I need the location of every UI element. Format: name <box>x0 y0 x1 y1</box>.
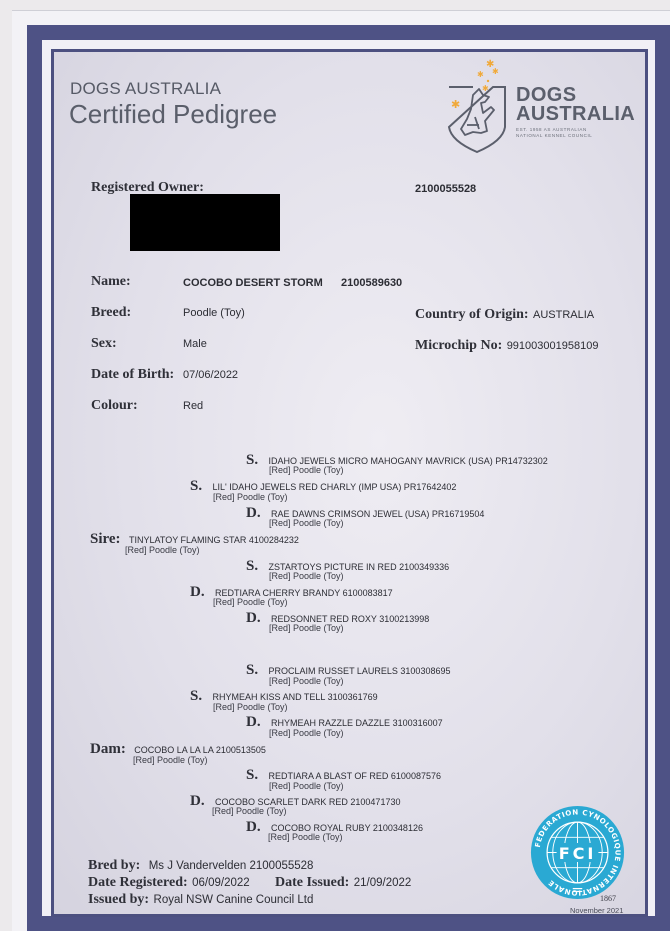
logo-tagline-line2: NATIONAL KENNEL COUNCIL <box>516 133 592 139</box>
shield-icon <box>449 87 505 152</box>
sire-description: [Red] Poodle (Toy) <box>125 545 200 555</box>
svg-text:✱: ✱ <box>477 70 484 79</box>
fci-date: November 2021 <box>570 906 623 915</box>
document-title: Certified Pedigree <box>69 99 277 130</box>
sire-mark: S. <box>246 767 258 783</box>
org-heading: DOGS AUSTRALIA <box>70 79 221 99</box>
ancestor-description: [Red] Poodle (Toy) <box>269 781 344 791</box>
issued-by: Issued by: Royal NSW Canine Council Ltd <box>88 890 313 908</box>
issued-by-label: Issued by: <box>88 892 149 907</box>
date-issued-value: 21/09/2022 <box>354 877 412 889</box>
sex-value: Male <box>183 338 207 350</box>
dog-name: COCOBO DESERT STORM <box>183 277 323 289</box>
sire-name: TINYLATOY FLAMING STAR 4100284232 <box>129 535 299 545</box>
ancestor-description: [Red] Poodle (Toy) <box>269 518 344 528</box>
sire-mark: S. <box>246 662 258 678</box>
dam-mark: D. <box>190 793 205 809</box>
ancestor-description: [Red] Poodle (Toy) <box>213 492 288 502</box>
name-label: Name: <box>91 274 131 290</box>
bred-by: Bred by: Ms J Vandervelden 2100055528 <box>88 856 313 874</box>
logo-wordmark-line2: AUSTRALIA <box>516 104 635 124</box>
sex-label: Sex: <box>91 336 117 352</box>
country-of-origin-value: AUSTRALIA <box>533 309 594 321</box>
dam-mark: D. <box>246 505 261 521</box>
dam-mark: D. <box>190 584 205 600</box>
ancestor-name: LIL' IDAHO JEWELS RED CHARLY (IMP USA) P… <box>213 482 457 492</box>
ancestor-description: [Red] Poodle (Toy) <box>269 676 344 686</box>
ancestor-name: RHYMEAH RAZZLE DAZZLE 3100316007 <box>271 718 443 728</box>
fci-number: 1867 <box>600 894 616 903</box>
dam-description: [Red] Poodle (Toy) <box>133 755 208 765</box>
dam-mark: D. <box>246 819 261 835</box>
ancestor-name: PROCLAIM RUSSET LAURELS 3100308695 <box>269 666 451 676</box>
owner-name-redaction <box>130 194 280 251</box>
ancestor-description: [Red] Poodle (Toy) <box>268 832 343 842</box>
sire-mark: S. <box>190 688 202 704</box>
dam-name: COCOBO LA LA LA 2100513505 <box>134 745 266 755</box>
sire-label: Sire: <box>90 531 121 547</box>
svg-text:FCI: FCI <box>559 844 596 863</box>
microchip-label: Microchip No: <box>415 338 502 353</box>
microchip: Microchip No: 991003001958109 <box>415 336 598 354</box>
dam-mark: D. <box>246 714 261 730</box>
svg-text:✱: ✱ <box>492 67 499 76</box>
logo-wordmark-line1: DOGS <box>516 85 577 105</box>
logo-tagline: EST. 1958 AS AUSTRALIAN NATIONAL KENNEL … <box>516 127 592 139</box>
date-registered-value: 06/09/2022 <box>192 877 250 889</box>
dob-label: Date of Birth: <box>91 367 174 383</box>
bred-by-value: Ms J Vandervelden 2100055528 <box>149 860 314 872</box>
date-issued: Date Issued: 21/09/2022 <box>275 873 411 891</box>
date-registered: Date Registered: 06/09/2022 <box>88 873 250 891</box>
dam-label: Dam: <box>90 741 126 757</box>
fci-globe-seal-icon: FCI FEDERATION CYNOLOGIQUE INTERNATIONAL… <box>530 805 625 900</box>
dam-mark: D. <box>246 610 261 626</box>
ancestor-description: [Red] Poodle (Toy) <box>269 465 344 475</box>
ancestor-description: [Red] Poodle (Toy) <box>269 623 344 633</box>
bred-by-label: Bred by: <box>88 858 140 873</box>
country-of-origin: Country of Origin: AUSTRALIA <box>415 305 594 323</box>
ancestor-description: [Red] Poodle (Toy) <box>212 806 287 816</box>
date-registered-label: Date Registered: <box>88 875 188 890</box>
colour-value: Red <box>183 400 203 412</box>
microchip-value: 991003001958109 <box>507 340 599 352</box>
ancestor-name: REDTIARA A BLAST OF RED 6100087576 <box>269 771 441 781</box>
dob-value: 07/06/2022 <box>183 369 238 381</box>
issued-by-value: Royal NSW Canine Council Ltd <box>154 894 314 906</box>
ancestor-description: [Red] Poodle (Toy) <box>269 571 344 581</box>
colour-label: Colour: <box>91 398 138 414</box>
dog-registration-number: 2100589630 <box>341 277 402 289</box>
ancestor-name: RHYMEAH KISS AND TELL 3100361769 <box>213 692 378 702</box>
owner-number: 2100055528 <box>415 183 476 195</box>
country-of-origin-label: Country of Origin: <box>415 307 529 322</box>
ancestor-description: [Red] Poodle (Toy) <box>269 728 344 738</box>
breed-value: Poodle (Toy) <box>183 307 245 319</box>
ancestor-description: [Red] Poodle (Toy) <box>213 597 288 607</box>
sire-mark: S. <box>246 558 258 574</box>
date-issued-label: Date Issued: <box>275 875 349 890</box>
svg-text:✱: ✱ <box>451 98 460 111</box>
sire-mark: S. <box>246 452 258 468</box>
ancestor-description: [Red] Poodle (Toy) <box>213 702 288 712</box>
sire-mark: S. <box>190 478 202 494</box>
breed-label: Breed: <box>91 305 131 321</box>
